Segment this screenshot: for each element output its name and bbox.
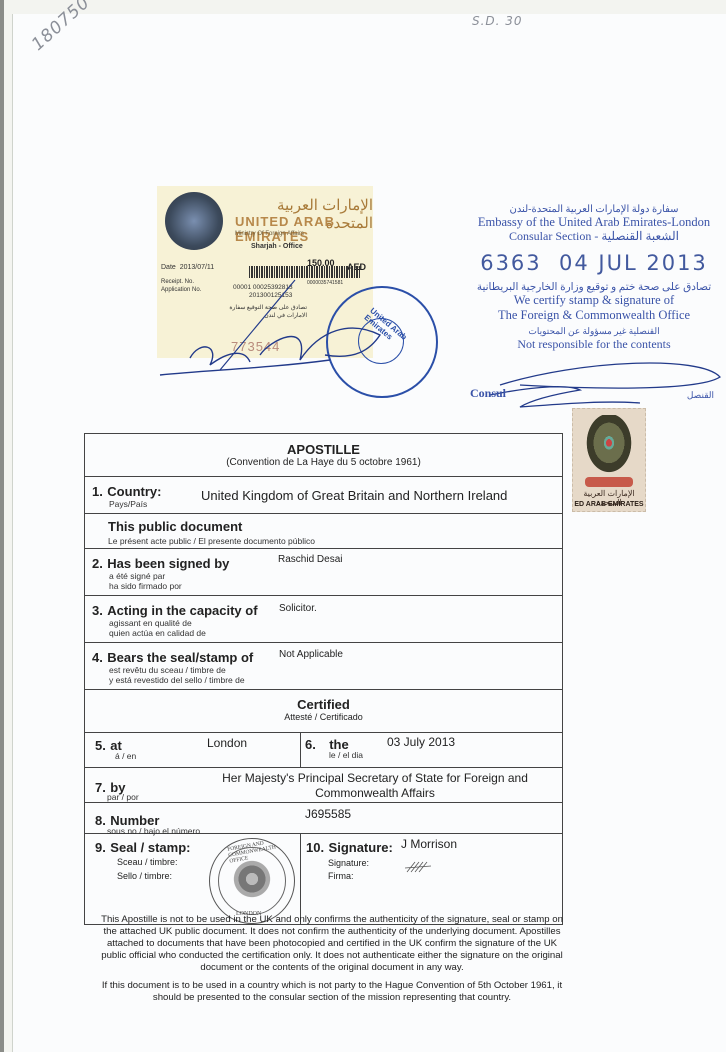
field-signed-by: 2. Has been signed by a été signé parha … — [85, 549, 562, 596]
embassy-arabic-certify: تصادق على صحة ختم و توقيع وزارة الخارجية… — [466, 281, 722, 293]
field-by: 7. by par / por Her Majesty's Principal … — [85, 768, 562, 803]
emblem-scroll-icon — [585, 477, 633, 487]
field-number: 10. — [306, 840, 324, 855]
apostille-header: APOSTILLE (Convention de La Haye du 5 oc… — [85, 434, 562, 477]
embassy-certify-line1: We certify stamp & signature of — [466, 293, 722, 308]
number-value: J695585 — [305, 807, 351, 821]
field-sublabel-fr: agissant en qualité de — [109, 618, 206, 628]
field-number: 4. — [92, 650, 103, 665]
stamp-date: 04 JUL 2013 — [559, 251, 708, 275]
sticker-english-title: UNITED ARAB EMIRATES — [235, 214, 373, 244]
field-sublabel-es: quien actúa en calidad de — [109, 628, 206, 638]
stamp-number: 6363 — [480, 251, 541, 275]
field-number: 5. — [95, 738, 106, 753]
field-number: 1. — [92, 484, 103, 499]
field-label: Country: — [107, 484, 161, 499]
field-public-document: This public document Le présent acte pub… — [85, 514, 562, 549]
disclaimer-paragraph-2: If this document is to be used in a coun… — [96, 980, 568, 1004]
field-signature: 10. Signature: J Morrison Signature: Fir… — [301, 834, 562, 924]
field-seal-of: 4. Bears the seal/stamp of est revêtu du… — [85, 643, 562, 690]
field-place-date: 5. at á / en London 6. the le / el dia 0… — [85, 733, 562, 768]
by-value: Her Majesty's Principal Secretary of Sta… — [195, 771, 555, 801]
date-value: 03 July 2013 — [387, 735, 455, 749]
scan-edge — [0, 0, 4, 1052]
field-number: 2. — [92, 556, 103, 571]
field-number: 3. — [92, 603, 103, 618]
seal-of-value: Not Applicable — [279, 649, 343, 660]
field-sublabel-es: ha sido firmado por — [109, 581, 182, 591]
field-sublabel-fr: a été signé par — [109, 571, 182, 581]
embassy-certify-line2: The Foreign & Commonwealth Office — [466, 308, 722, 323]
signature-scribble-icon — [150, 250, 450, 400]
field-sublabel-es: Firma: — [328, 871, 354, 881]
field-number: 6. — [305, 737, 316, 752]
apostille-subtitle: (Convention de La Haye du 5 octobre 1961… — [85, 457, 562, 468]
field-sublabel: Pays/País — [109, 499, 147, 509]
uae-eagle-emblem-icon — [165, 192, 223, 250]
field-label: Has been signed by — [107, 556, 229, 571]
field-capacity: 3. Acting in the capacity of agissant en… — [85, 596, 562, 643]
field-sublabel-fr: Signature: — [328, 858, 369, 868]
embassy-stamp-number-date: 6363 04 JUL 2013 — [466, 251, 722, 275]
field-sublabel: le / el dia — [329, 750, 363, 760]
consul-arabic-label: القنصل — [687, 390, 714, 401]
disclaimer-paragraph-1: This Apostille is not to be used in the … — [96, 914, 568, 974]
sticker-ministry: Ministry Of Foreign Affairs — [235, 231, 304, 237]
field-number: 7. — [95, 780, 106, 795]
field-label: This public document — [108, 519, 242, 534]
apostille-form: APOSTILLE (Convention de La Haye du 5 oc… — [84, 433, 563, 925]
uae-embassy-stamp: سفارة دولة الإمارات العربية المتحدة-لندن… — [466, 204, 722, 352]
field-sublabel-es: Sello / timbre: — [117, 871, 172, 881]
embassy-not-responsible: Not responsible for the contents — [466, 337, 722, 352]
certified-subtitle: Attesté / Certificado — [85, 712, 562, 722]
revenue-stamp-english: ED ARAB EMIRATES — [573, 501, 645, 508]
embassy-title: Embassy of the United Arab Emirates-Lond… — [466, 215, 722, 229]
signature-mark-icon — [405, 860, 433, 874]
field-seal-signature: 9. Seal / stamp: Sceau / timbre: Sello /… — [85, 834, 562, 924]
field-at: 5. at á / en London — [85, 733, 301, 767]
field-sublabel-fr: est revêtu du sceau / timbre de — [109, 665, 245, 675]
royal-coat-of-arms-icon — [232, 857, 272, 901]
field-seal-stamp: 9. Seal / stamp: Sceau / timbre: Sello /… — [85, 834, 301, 924]
handwritten-reference: S.D. 30 — [472, 14, 523, 28]
field-label: Bears the seal/stamp of — [107, 650, 253, 665]
embassy-arabic-title: سفارة دولة الإمارات العربية المتحدة-لندن — [466, 204, 722, 215]
embassy-section: Consular Section - الشعبة القنصلية — [466, 229, 722, 243]
field-label: Signature: — [329, 840, 393, 855]
field-label: Seal / stamp: — [110, 840, 190, 855]
place-value: London — [207, 736, 247, 750]
field-number: 9. — [95, 840, 106, 855]
field-sublabel: á / en — [115, 751, 136, 761]
embassy-arabic-not-responsible: القنصلية غير مسؤولة عن المحتويات — [466, 326, 722, 337]
fco-seal: FOREIGN AND COMMONWEALTH OFFICE LONDON — [209, 838, 295, 924]
apostille-disclaimer: This Apostille is not to be used in the … — [96, 914, 568, 1010]
signature-name-value: J Morrison — [401, 837, 457, 851]
signed-by-value: Raschid Desai — [278, 554, 342, 565]
certified-header: Certified Attesté / Certificado — [85, 690, 562, 733]
field-sublabel-es: y está revestido del sello / timbre de — [109, 675, 245, 685]
consul-label: Consul — [470, 386, 506, 401]
certified-title: Certified — [85, 690, 562, 712]
uae-revenue-stamp: الإمارات العربية المتحدة ED ARAB EMIRATE… — [572, 408, 646, 512]
field-label: Acting in the capacity of — [107, 603, 257, 618]
sticker-office: Sharjah - Office — [251, 243, 303, 250]
field-sublabel: Le présent acte public / El presente doc… — [108, 536, 315, 546]
field-sublabel-fr: Sceau / timbre: — [117, 857, 178, 867]
field-number: 8. — [95, 813, 106, 828]
field-country: 1. Country: Pays/País United Kingdom of … — [85, 477, 562, 514]
field-the: 6. the le / el dia 03 July 2013 — [301, 733, 562, 767]
country-value: United Kingdom of Great Britain and Nort… — [201, 488, 507, 503]
eagle-emblem-icon — [583, 415, 635, 477]
field-number: 8. Number sous no / bajo el número J6955… — [85, 803, 562, 834]
field-sublabel: par / por — [107, 792, 139, 802]
capacity-value: Solicitor. — [279, 603, 317, 614]
apostille-title: APOSTILLE — [85, 434, 562, 457]
